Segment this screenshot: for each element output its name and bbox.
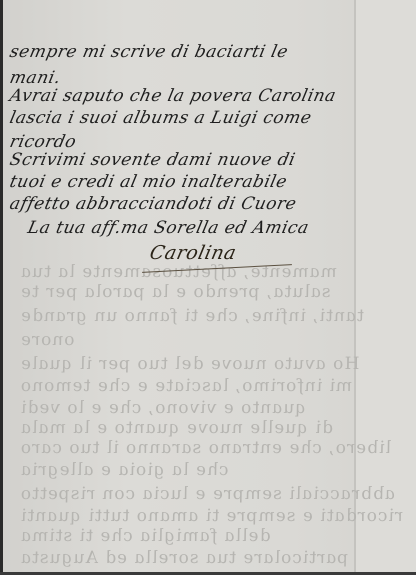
bleed-through-line: che la gioia e allegria xyxy=(18,460,231,480)
bleed-through-line: quanto e vivono, che e lo vedi xyxy=(18,398,308,418)
bleed-through-line: libero, che entrano saranno il tuo caro xyxy=(18,438,393,458)
bleed-through-line: particolare tua sorella ed Augusta xyxy=(18,548,351,568)
bleed-through-line: di quelle nuove quanto e la mala xyxy=(18,418,335,438)
letter-closing: La tua aff.ma Sorella ed Amica xyxy=(26,218,311,238)
letter-line: tuoi e credi al mio inalterabile xyxy=(8,172,289,192)
letter-line: Avrai saputo che la povera Carolina xyxy=(8,86,338,106)
letter-line: lascia i suoi albums a Luigi come xyxy=(8,108,314,128)
letter-line: Scrivimi sovente dami nuove di xyxy=(8,150,297,170)
bleed-through-line: onore xyxy=(18,330,77,350)
bleed-through-line: saluta, prendo e la parola per te xyxy=(18,282,333,302)
bleed-through-line: mi inforimo, lasciate e che temono xyxy=(18,376,354,396)
bleed-through-line: abbracciali sempre e lucia con rispetto xyxy=(18,484,397,504)
bleed-through-line: ricordati e sempre ti amano tutti quanti xyxy=(18,506,405,526)
signature: Carolina xyxy=(148,242,239,264)
bleed-through-line: della famiglia che ti stima xyxy=(18,526,273,546)
letter-line: sempre mi scrive di baciarti le xyxy=(8,42,290,62)
letter-line: affetto abbracciandoti di Cuore xyxy=(8,194,298,214)
letter-line: ricordo xyxy=(8,132,78,152)
bleed-through-line: Ho avuto nuove del tuo per il quale xyxy=(18,354,362,374)
bleed-through-line: tanti, infine, che ti fanno un grande xyxy=(18,306,366,326)
letter-line: mani. xyxy=(8,68,63,88)
